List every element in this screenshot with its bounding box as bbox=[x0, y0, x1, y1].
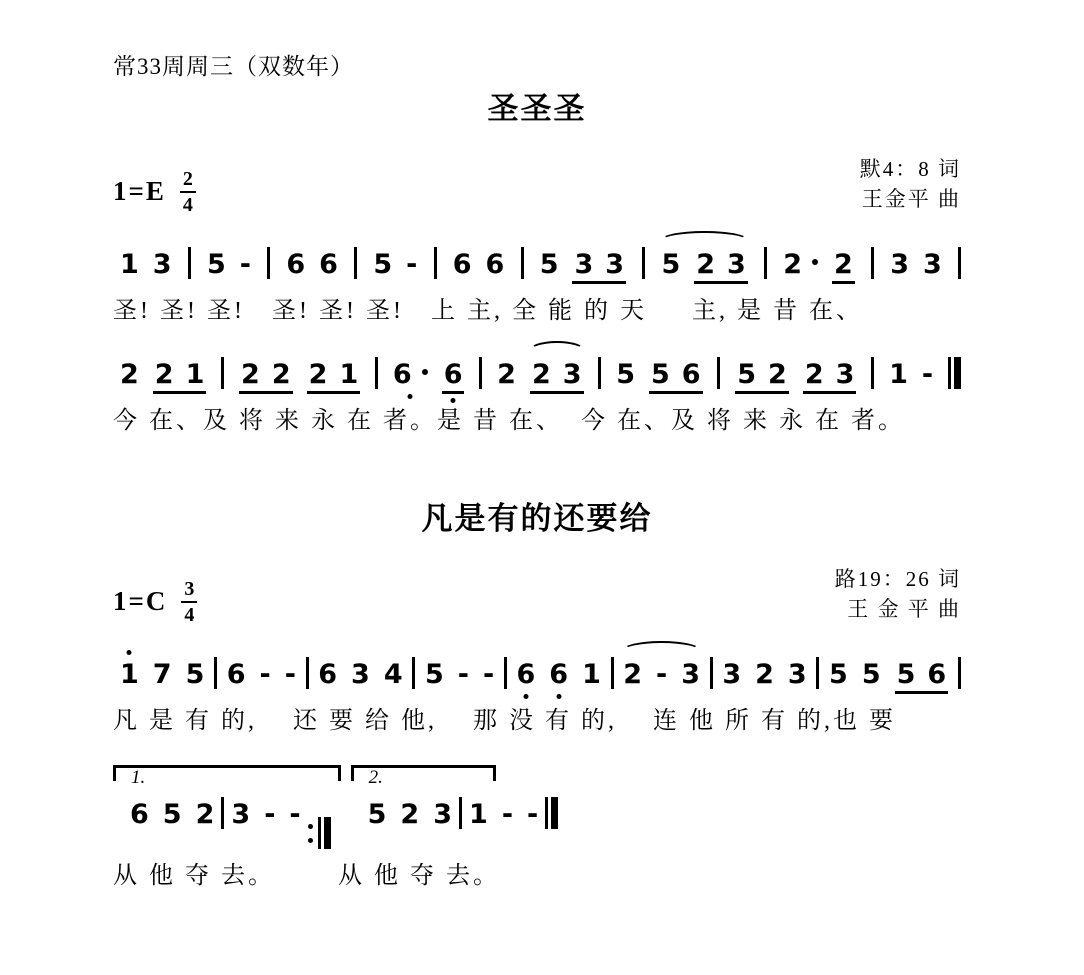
note: 6 bbox=[453, 251, 472, 278]
barline bbox=[521, 247, 524, 279]
note: 5 bbox=[897, 661, 916, 688]
note: 5 bbox=[207, 251, 226, 278]
note: 2 bbox=[805, 361, 824, 388]
note: 2 bbox=[272, 361, 291, 388]
note: 6 bbox=[319, 251, 338, 278]
repeat-dots bbox=[308, 817, 313, 849]
thin-bar bbox=[545, 797, 548, 829]
measure: 66 bbox=[386, 361, 472, 394]
note: 6 bbox=[444, 361, 463, 388]
repeat-dot bbox=[308, 838, 313, 843]
note: 2 bbox=[155, 361, 174, 388]
sheet-music-page: 常33周周三（双数年） 圣圣圣 1=E 2 4 默4：8 词 王金平 曲 135… bbox=[0, 0, 1084, 975]
note: 6 bbox=[130, 801, 149, 828]
beam-group: 52 bbox=[735, 361, 789, 394]
note: 5 bbox=[540, 251, 559, 278]
note: 5 bbox=[829, 661, 848, 688]
barline bbox=[958, 247, 961, 279]
volta-label: 2. bbox=[369, 767, 383, 789]
barline bbox=[188, 247, 191, 279]
volta-ending-2.: 2.5231-- bbox=[351, 765, 573, 828]
measure: 652 bbox=[123, 801, 221, 828]
barline bbox=[354, 247, 357, 279]
measure: 221 bbox=[113, 361, 213, 394]
note: 5 bbox=[651, 361, 670, 388]
barline bbox=[598, 357, 601, 389]
measure: 2221 bbox=[232, 361, 367, 394]
note: 3 bbox=[574, 251, 593, 278]
measure: 2-3 bbox=[616, 661, 707, 688]
note: 2 bbox=[768, 361, 787, 388]
beam-group: 56 bbox=[649, 361, 703, 394]
beam-group: 21 bbox=[153, 361, 207, 394]
slur-group: 23 bbox=[523, 361, 591, 394]
dash-note: - bbox=[285, 661, 296, 688]
note: 2 bbox=[196, 801, 215, 828]
barline bbox=[306, 657, 309, 689]
barline bbox=[871, 357, 874, 389]
key-label: 1=E bbox=[113, 176, 166, 207]
note: 2 bbox=[120, 361, 139, 388]
measure: 66 bbox=[279, 251, 345, 278]
note: 6 bbox=[318, 661, 337, 688]
note: 1 bbox=[889, 361, 908, 388]
note: 3 bbox=[351, 661, 370, 688]
note: 6 bbox=[286, 251, 305, 278]
barline bbox=[764, 247, 767, 279]
beam-group: 33 bbox=[572, 251, 626, 284]
barline bbox=[412, 657, 415, 689]
note: 1 bbox=[582, 661, 601, 688]
barline bbox=[479, 357, 482, 389]
key-signature-2: 1=C 3 4 bbox=[113, 579, 197, 625]
note: 4 bbox=[384, 661, 403, 688]
note: 1 bbox=[469, 801, 488, 828]
note: 3 bbox=[727, 251, 746, 278]
repeat-end-barline bbox=[308, 817, 331, 849]
note: 6 bbox=[393, 361, 428, 388]
note: 5 bbox=[862, 661, 881, 688]
note: 1 bbox=[120, 251, 139, 278]
time-signature-denominator: 4 bbox=[183, 193, 193, 215]
repeat-dot bbox=[308, 824, 313, 829]
note: 2 bbox=[783, 251, 818, 278]
note: 5 bbox=[163, 801, 182, 828]
lyrics-line: 圣! 圣! 圣! 圣! 圣! 圣! 上 主, 全 能 的 天 主, 是 昔 在、 bbox=[113, 290, 961, 325]
measure: 5- bbox=[366, 251, 424, 278]
measure: 5556 bbox=[822, 661, 955, 694]
note: 3 bbox=[722, 661, 741, 688]
note: 7 bbox=[153, 661, 172, 688]
note: 2 bbox=[241, 361, 260, 388]
note: 6 bbox=[549, 661, 568, 688]
barline bbox=[504, 657, 507, 689]
lyrics-line: 凡 是 有 的, 还 要 给 他, 那 没 有 的, 连 他 所 有 的,也 要 bbox=[113, 700, 961, 735]
song-1-meta: 1=E 2 4 默4：8 词 王金平 曲 bbox=[113, 154, 961, 215]
dash-note: - bbox=[289, 801, 300, 828]
note: 1 bbox=[120, 661, 139, 688]
note: 5 bbox=[661, 251, 680, 278]
note: 3 bbox=[153, 251, 172, 278]
note: 3 bbox=[890, 251, 909, 278]
music-line: 22122216622355652231- bbox=[113, 325, 961, 394]
time-signature-1: 2 4 bbox=[180, 169, 196, 215]
note: 3 bbox=[923, 251, 942, 278]
measure: 6-- bbox=[220, 661, 303, 688]
beam-group: 21 bbox=[307, 361, 361, 394]
measure: 1- bbox=[882, 361, 940, 388]
thick-bar bbox=[324, 817, 331, 849]
thick-bar bbox=[954, 357, 961, 389]
barline bbox=[816, 657, 819, 689]
song-title-2: 凡是有的还要给 bbox=[113, 493, 961, 538]
dash-note: - bbox=[502, 801, 513, 828]
barline bbox=[375, 357, 378, 389]
volta-ending-1.: 1.6523-- bbox=[113, 765, 345, 844]
time-signature-numerator: 3 bbox=[181, 579, 197, 603]
thin-bar bbox=[948, 357, 951, 389]
measure: 13 bbox=[113, 251, 179, 278]
music-line-with-endings: 1.6523--2.5231-- bbox=[113, 765, 961, 844]
barline bbox=[611, 657, 614, 689]
lyricist-credit: 路19：26 词 bbox=[835, 564, 961, 594]
barline bbox=[221, 357, 224, 389]
lyrics-line: 今 在、及 将 来 永 在 者。是 昔 在、 今 在、及 将 来 永 在 者。 bbox=[113, 400, 961, 435]
beam-group: 6 bbox=[442, 361, 465, 394]
music-line: 1756--6345--6612-33235556 bbox=[113, 625, 961, 694]
note: 2 bbox=[400, 801, 419, 828]
dash-note: - bbox=[264, 801, 275, 828]
note: 3 bbox=[605, 251, 624, 278]
note: 3 bbox=[788, 661, 807, 688]
note: 5 bbox=[737, 361, 756, 388]
barline bbox=[642, 247, 645, 279]
composer-credit: 王金平 曲 bbox=[860, 184, 961, 214]
barline bbox=[717, 357, 720, 389]
note: 3 bbox=[681, 661, 700, 688]
beam-group: 56 bbox=[895, 661, 949, 694]
measure: 323 bbox=[715, 661, 813, 688]
note: 5 bbox=[616, 361, 635, 388]
beam-group: 23 bbox=[530, 361, 584, 394]
sheet-content: 常33周周三（双数年） 圣圣圣 1=E 2 4 默4：8 词 王金平 曲 135… bbox=[113, 48, 961, 890]
dash-note: - bbox=[527, 801, 538, 828]
note: 1 bbox=[339, 361, 358, 388]
note: 3 bbox=[433, 801, 452, 828]
dash-note: - bbox=[922, 361, 933, 388]
barline bbox=[267, 247, 270, 279]
dash-note: - bbox=[656, 661, 667, 688]
song-2-meta: 1=C 3 4 路19：26 词 王 金 平 曲 bbox=[113, 564, 961, 625]
final-barline bbox=[545, 797, 558, 829]
measure: 175 bbox=[113, 661, 211, 688]
augmentation-dot bbox=[812, 259, 818, 265]
dash-note: - bbox=[240, 251, 251, 278]
note: 6 bbox=[517, 661, 536, 688]
liturgical-calendar-note: 常33周周三（双数年） bbox=[113, 48, 961, 81]
note: 6 bbox=[682, 361, 701, 388]
note: 1 bbox=[186, 361, 205, 388]
measure: 556 bbox=[609, 361, 709, 394]
time-signature-denominator: 4 bbox=[184, 603, 194, 625]
measure: 1-- bbox=[462, 801, 545, 828]
key-signature-1: 1=E 2 4 bbox=[113, 169, 196, 215]
note: 3 bbox=[563, 361, 582, 388]
slur-group: 2-3 bbox=[616, 661, 707, 688]
note: 3 bbox=[836, 361, 855, 388]
barline bbox=[459, 797, 462, 829]
dash-note: - bbox=[483, 661, 494, 688]
note: 5 bbox=[373, 251, 392, 278]
augmentation-dot bbox=[422, 369, 428, 375]
measure: 66 bbox=[446, 251, 512, 278]
note: 2 bbox=[532, 361, 551, 388]
measure: 22 bbox=[776, 251, 862, 284]
note: 2 bbox=[309, 361, 328, 388]
song-1-credits: 默4：8 词 王金平 曲 bbox=[860, 154, 961, 215]
note: 6 bbox=[227, 661, 246, 688]
measure: 523 bbox=[654, 251, 754, 284]
song-2-credits: 路19：26 词 王 金 平 曲 bbox=[835, 564, 961, 625]
dash-note: - bbox=[458, 661, 469, 688]
measure: 661 bbox=[510, 661, 608, 688]
barline bbox=[958, 657, 961, 689]
thin-bar bbox=[318, 817, 321, 849]
barline bbox=[710, 657, 713, 689]
barline bbox=[221, 797, 224, 829]
beam-group: 2 bbox=[832, 251, 855, 284]
measure: 33 bbox=[883, 251, 949, 278]
composer-credit: 王 金 平 曲 bbox=[835, 594, 961, 624]
measure: 5- bbox=[200, 251, 258, 278]
note: 2 bbox=[755, 661, 774, 688]
music-line: 135-665-665335232233 bbox=[113, 215, 961, 284]
note: 3 bbox=[231, 801, 250, 828]
note: 6 bbox=[927, 661, 946, 688]
measure: 523 bbox=[361, 801, 459, 828]
dash-note: - bbox=[406, 251, 417, 278]
lyrics-line: 从 他 夺 去。 从 他 夺 去。 bbox=[113, 855, 961, 890]
note: 6 bbox=[486, 251, 505, 278]
beam-group: 22 bbox=[239, 361, 293, 394]
thick-bar bbox=[551, 797, 558, 829]
song-title-1: 圣圣圣 bbox=[113, 83, 961, 128]
beam-group: 23 bbox=[694, 251, 748, 284]
note: 2 bbox=[623, 661, 642, 688]
slur-group: 523 bbox=[654, 251, 754, 284]
measure: 634 bbox=[311, 661, 409, 688]
note: 2 bbox=[497, 361, 516, 388]
measure: 223 bbox=[490, 361, 590, 394]
time-signature-2: 3 4 bbox=[181, 579, 197, 625]
lyricist-credit: 默4：8 词 bbox=[860, 154, 961, 184]
measure: 3-- bbox=[224, 801, 307, 828]
note: 2 bbox=[696, 251, 715, 278]
note: 5 bbox=[186, 661, 205, 688]
volta-label: 1. bbox=[131, 767, 145, 789]
measure: 5223 bbox=[728, 361, 863, 394]
note: 2 bbox=[834, 251, 853, 278]
time-signature-numerator: 2 bbox=[180, 169, 196, 193]
key-label: 1=C bbox=[113, 586, 167, 617]
note: 5 bbox=[425, 661, 444, 688]
note: 5 bbox=[368, 801, 387, 828]
measure: 533 bbox=[533, 251, 633, 284]
dash-note: - bbox=[260, 661, 271, 688]
final-barline bbox=[948, 357, 961, 389]
measure: 5-- bbox=[418, 661, 501, 688]
barline bbox=[214, 657, 217, 689]
beam-group: 23 bbox=[803, 361, 857, 394]
barline bbox=[871, 247, 874, 279]
barline bbox=[434, 247, 437, 279]
